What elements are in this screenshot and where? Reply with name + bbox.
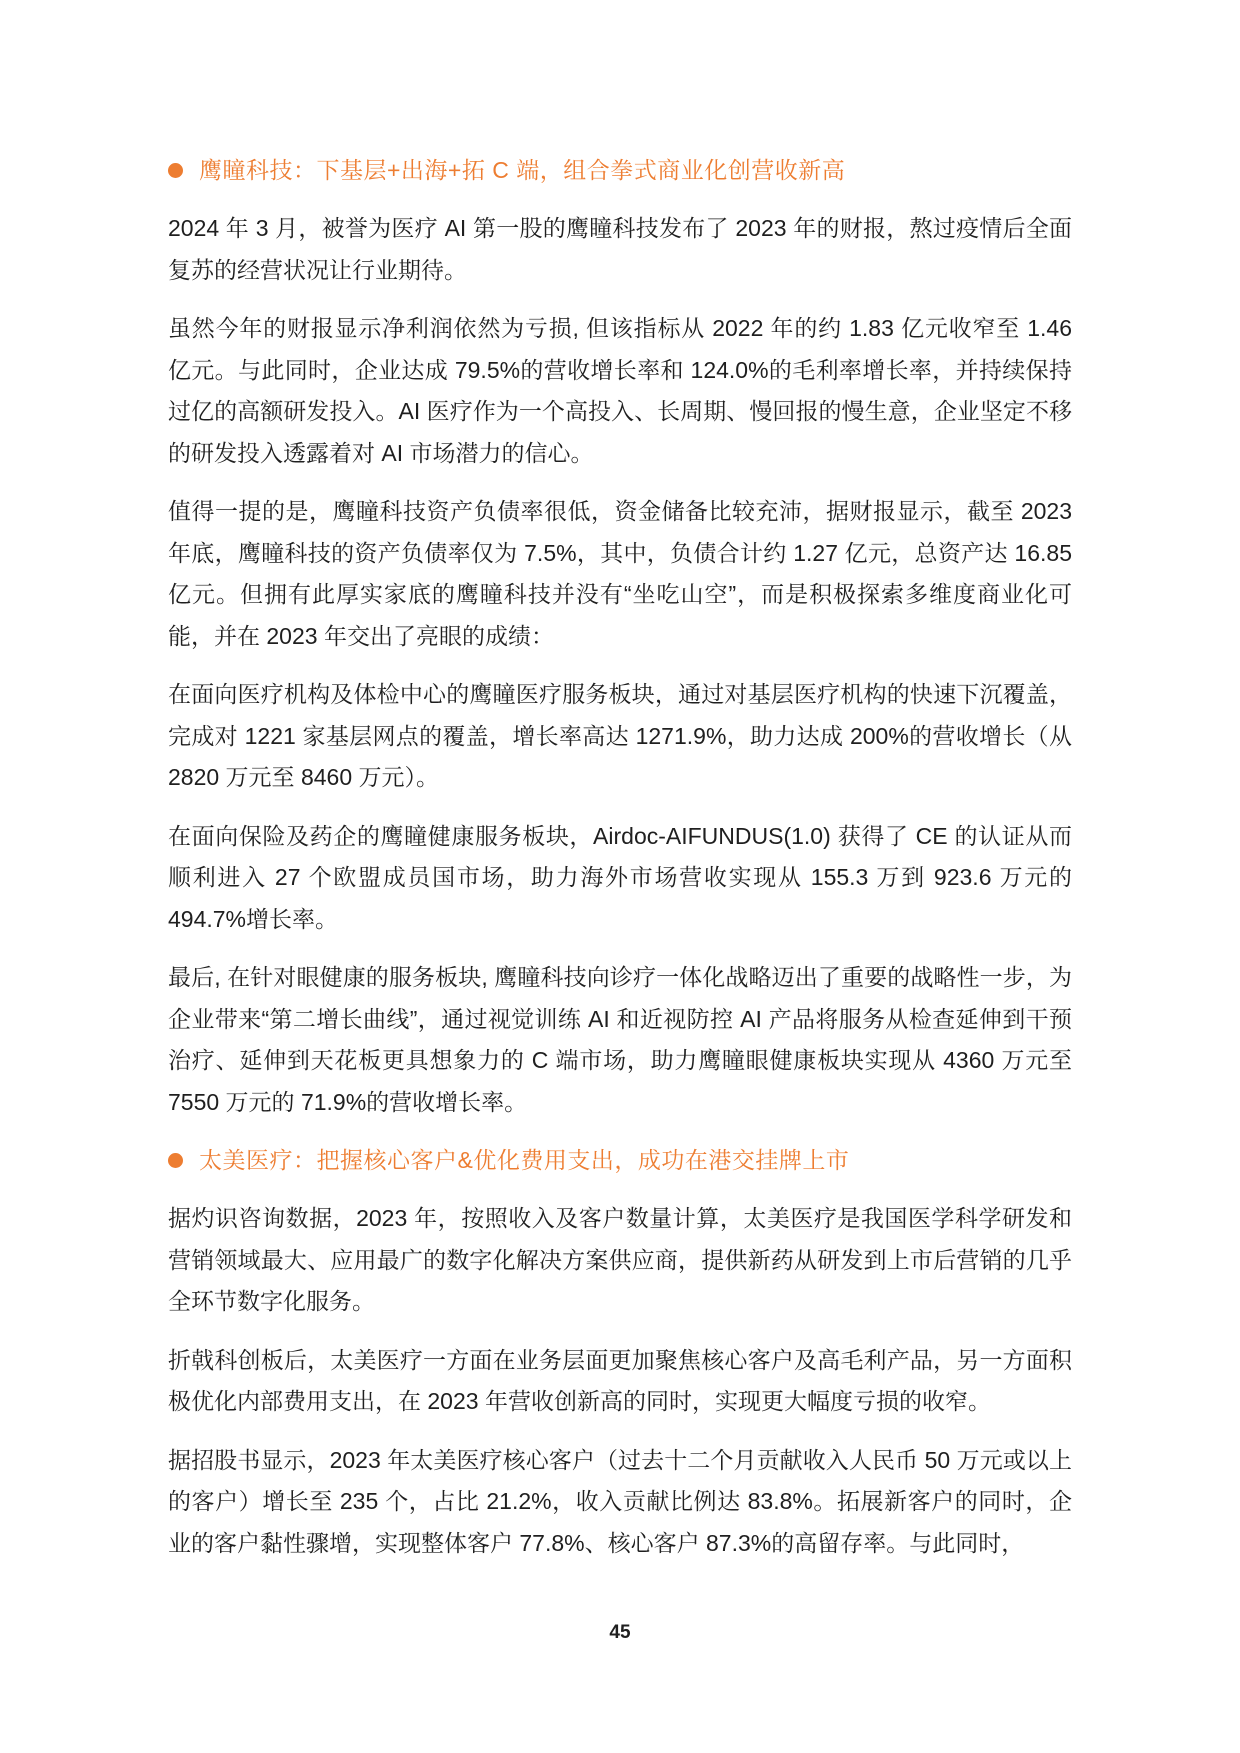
paragraph: 据招股书显示，2023 年太美医疗核心客户（过去十二个月贡献收入人民币 50 万… (168, 1440, 1072, 1565)
bullet-heading-taimei: 太美医疗：把握核心客户&优化费用支出，成功在港交挂牌上市 (168, 1140, 1072, 1181)
section-heading: 太美医疗：把握核心客户&优化费用支出，成功在港交挂牌上市 (199, 1140, 849, 1181)
bullet-icon (168, 1153, 183, 1168)
section-taimei: 太美医疗：把握核心客户&优化费用支出，成功在港交挂牌上市 据灼识咨询数据，202… (168, 1140, 1072, 1564)
page-number: 45 (609, 1622, 630, 1643)
paragraph: 在面向医疗机构及体检中心的鹰瞳医疗服务板块，通过对基层医疗机构的快速下沉覆盖，完… (168, 674, 1072, 799)
paragraph: 虽然今年的财报显示净利润依然为亏损, 但该指标从 2022 年的约 1.83 亿… (168, 308, 1072, 474)
document-page: 鹰瞳科技：下基层+出海+拓 C 端，组合拳式商业化创营收新高 2024 年 3 … (0, 0, 1240, 1753)
section-heading: 鹰瞳科技：下基层+出海+拓 C 端，组合拳式商业化创营收新高 (199, 150, 845, 191)
paragraph: 在面向保险及药企的鹰瞳健康服务板块，Airdoc-AIFUNDUS(1.0) 获… (168, 816, 1072, 941)
paragraph: 值得一提的是，鹰瞳科技资产负债率很低，资金储备比较充沛，据财报显示，截至 202… (168, 491, 1072, 657)
paragraph: 据灼识咨询数据，2023 年，按照收入及客户数量计算，太美医疗是我国医学科学研发… (168, 1198, 1072, 1323)
bullet-icon (168, 163, 183, 178)
section-airdoc: 鹰瞳科技：下基层+出海+拓 C 端，组合拳式商业化创营收新高 2024 年 3 … (168, 150, 1072, 1123)
bullet-heading-airdoc: 鹰瞳科技：下基层+出海+拓 C 端，组合拳式商业化创营收新高 (168, 150, 1072, 191)
paragraph: 2024 年 3 月，被誉为医疗 AI 第一股的鹰瞳科技发布了 2023 年的财… (168, 208, 1072, 291)
paragraph: 最后, 在针对眼健康的服务板块, 鹰瞳科技向诊疗一体化战略迈出了重要的战略性一步… (168, 957, 1072, 1123)
paragraph: 折戟科创板后，太美医疗一方面在业务层面更加聚焦核心客户及高毛利产品，另一方面积极… (168, 1340, 1072, 1423)
page-footer: 45 (0, 1622, 1240, 1644)
